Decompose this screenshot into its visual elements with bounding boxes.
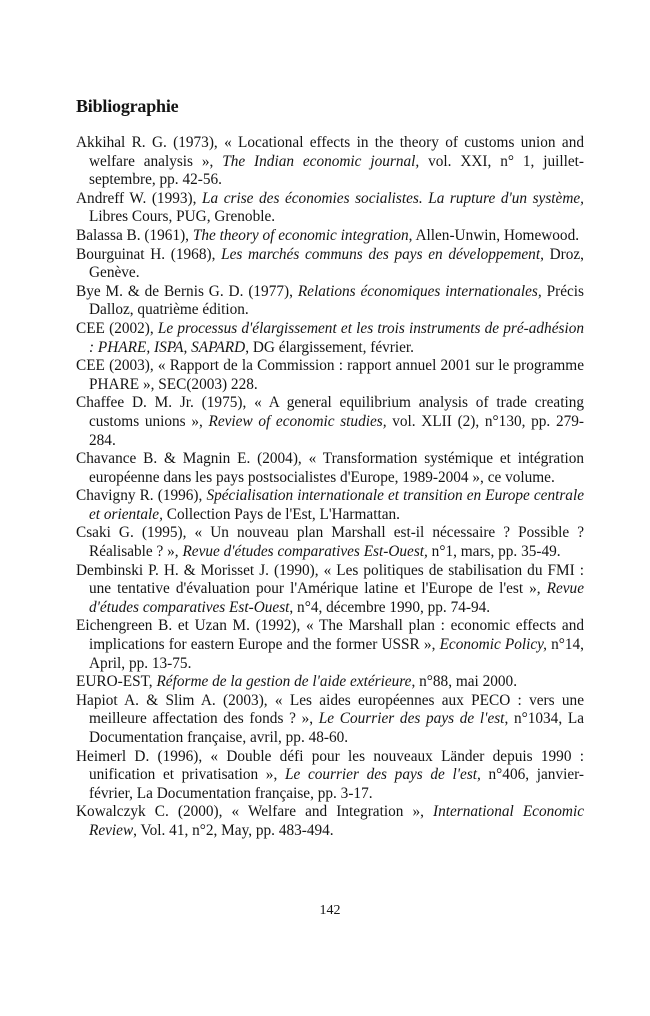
bibliography-entry: Chaffee D. M. Jr. (1975), « A general eq… xyxy=(76,394,584,450)
bibliography-entry: CEE (2003), « Rapport de la Commission :… xyxy=(76,357,584,394)
page-number: 142 xyxy=(76,903,584,919)
entry-text: Kowalczyk C. (2000), « Welfare and Integ… xyxy=(76,803,433,820)
entry-title-italic: Relations économiques internationales, xyxy=(298,283,542,300)
bibliography-entry: Bye M. & de Bernis G. D. (1977), Relatio… xyxy=(76,283,584,320)
bibliography-entry: Bourguinat H. (1968), Les marchés commun… xyxy=(76,246,584,283)
bibliography-entry: Eichengreen B. et Uzan M. (1992), « The … xyxy=(76,617,584,673)
entry-text: , Allen-Unwin, Homewood. xyxy=(409,227,579,244)
bibliography-entry: Chavigny R. (1996), Spécialisation inter… xyxy=(76,487,584,524)
bibliography-entry: Hapiot A. & Slim A. (2003), « Les aides … xyxy=(76,692,584,748)
bibliography-entry: EURO-EST, Réforme de la gestion de l'aid… xyxy=(76,673,584,692)
bibliography-entry: Akkihal R. G. (1973), « Locational effec… xyxy=(76,134,584,190)
entry-text: Bye M. & de Bernis G. D. (1977), xyxy=(76,283,298,300)
entry-text: Dembinski P. H. & Morisset J. (1990), « … xyxy=(76,562,584,598)
entry-title-italic: La crise des économies socialistes. La r… xyxy=(202,190,584,207)
section-heading: Bibliographie xyxy=(76,96,178,117)
entry-title-italic: Revue d'études comparatives Est-Ouest, xyxy=(182,543,427,560)
entry-text: , Vol. 41, n°2, May, pp. 483-494. xyxy=(133,822,333,839)
entry-text: Chavance B. & Magnin E. (2004), « Transf… xyxy=(76,450,584,486)
bibliography-entry: Andreff W. (1993), La crise des économie… xyxy=(76,190,584,227)
bibliography-entry: Csaki G. (1995), « Un nouveau plan Marsh… xyxy=(76,524,584,561)
bibliography-entry: Chavance B. & Magnin E. (2004), « Transf… xyxy=(76,450,584,487)
bibliography-entry: CEE (2002), Le processus d'élargissement… xyxy=(76,320,584,357)
entry-text: , n°88, mai 2000. xyxy=(411,673,517,690)
entry-title-italic: Le courrier des pays de l'est, xyxy=(285,766,481,783)
entry-title-italic: Economic Policy, xyxy=(440,636,547,653)
bibliography-entry: Kowalczyk C. (2000), « Welfare and Integ… xyxy=(76,803,584,840)
entry-text: CEE (2002), xyxy=(76,320,158,337)
entry-text: Bourguinat H. (1968), xyxy=(76,246,221,263)
entry-text: , n°4, décembre 1990, pp. 74-94. xyxy=(289,599,490,616)
entry-title-italic: The Indian economic journal, xyxy=(222,153,419,170)
entry-title-italic: Réforme de la gestion de l'aide extérieu… xyxy=(156,673,411,690)
entry-text: CEE (2003), « Rapport de la Commission :… xyxy=(76,357,584,393)
entry-text: Andreff W. (1993), xyxy=(76,190,202,207)
entry-title-italic: Les marchés communs des pays en développ… xyxy=(221,246,544,263)
entry-text: Collection Pays de l'Est, L'Harmattan. xyxy=(163,506,400,523)
entry-title-italic: Le Courrier des pays de l'est xyxy=(319,710,505,727)
bibliography-entry: Heimerl D. (1996), « Double défi pour le… xyxy=(76,748,584,804)
entry-text: Libres Cours, PUG, Grenoble. xyxy=(89,208,275,225)
entry-text: Balassa B. (1961), xyxy=(76,227,193,244)
entry-text: Chavigny R. (1996), xyxy=(76,487,206,504)
bibliography-list: Akkihal R. G. (1973), « Locational effec… xyxy=(76,134,584,841)
entry-title-italic: Review of economic studies, xyxy=(208,413,386,430)
bibliography-entry: Balassa B. (1961), The theory of economi… xyxy=(76,227,584,246)
entry-text: , DG élargissement, février. xyxy=(245,339,414,356)
entry-text: n°1, mars, pp. 35-49. xyxy=(428,543,561,560)
bibliography-entry: Dembinski P. H. & Morisset J. (1990), « … xyxy=(76,562,584,618)
entry-title-italic: The theory of economic integration xyxy=(193,227,409,244)
entry-text: EURO-EST, xyxy=(76,673,156,690)
